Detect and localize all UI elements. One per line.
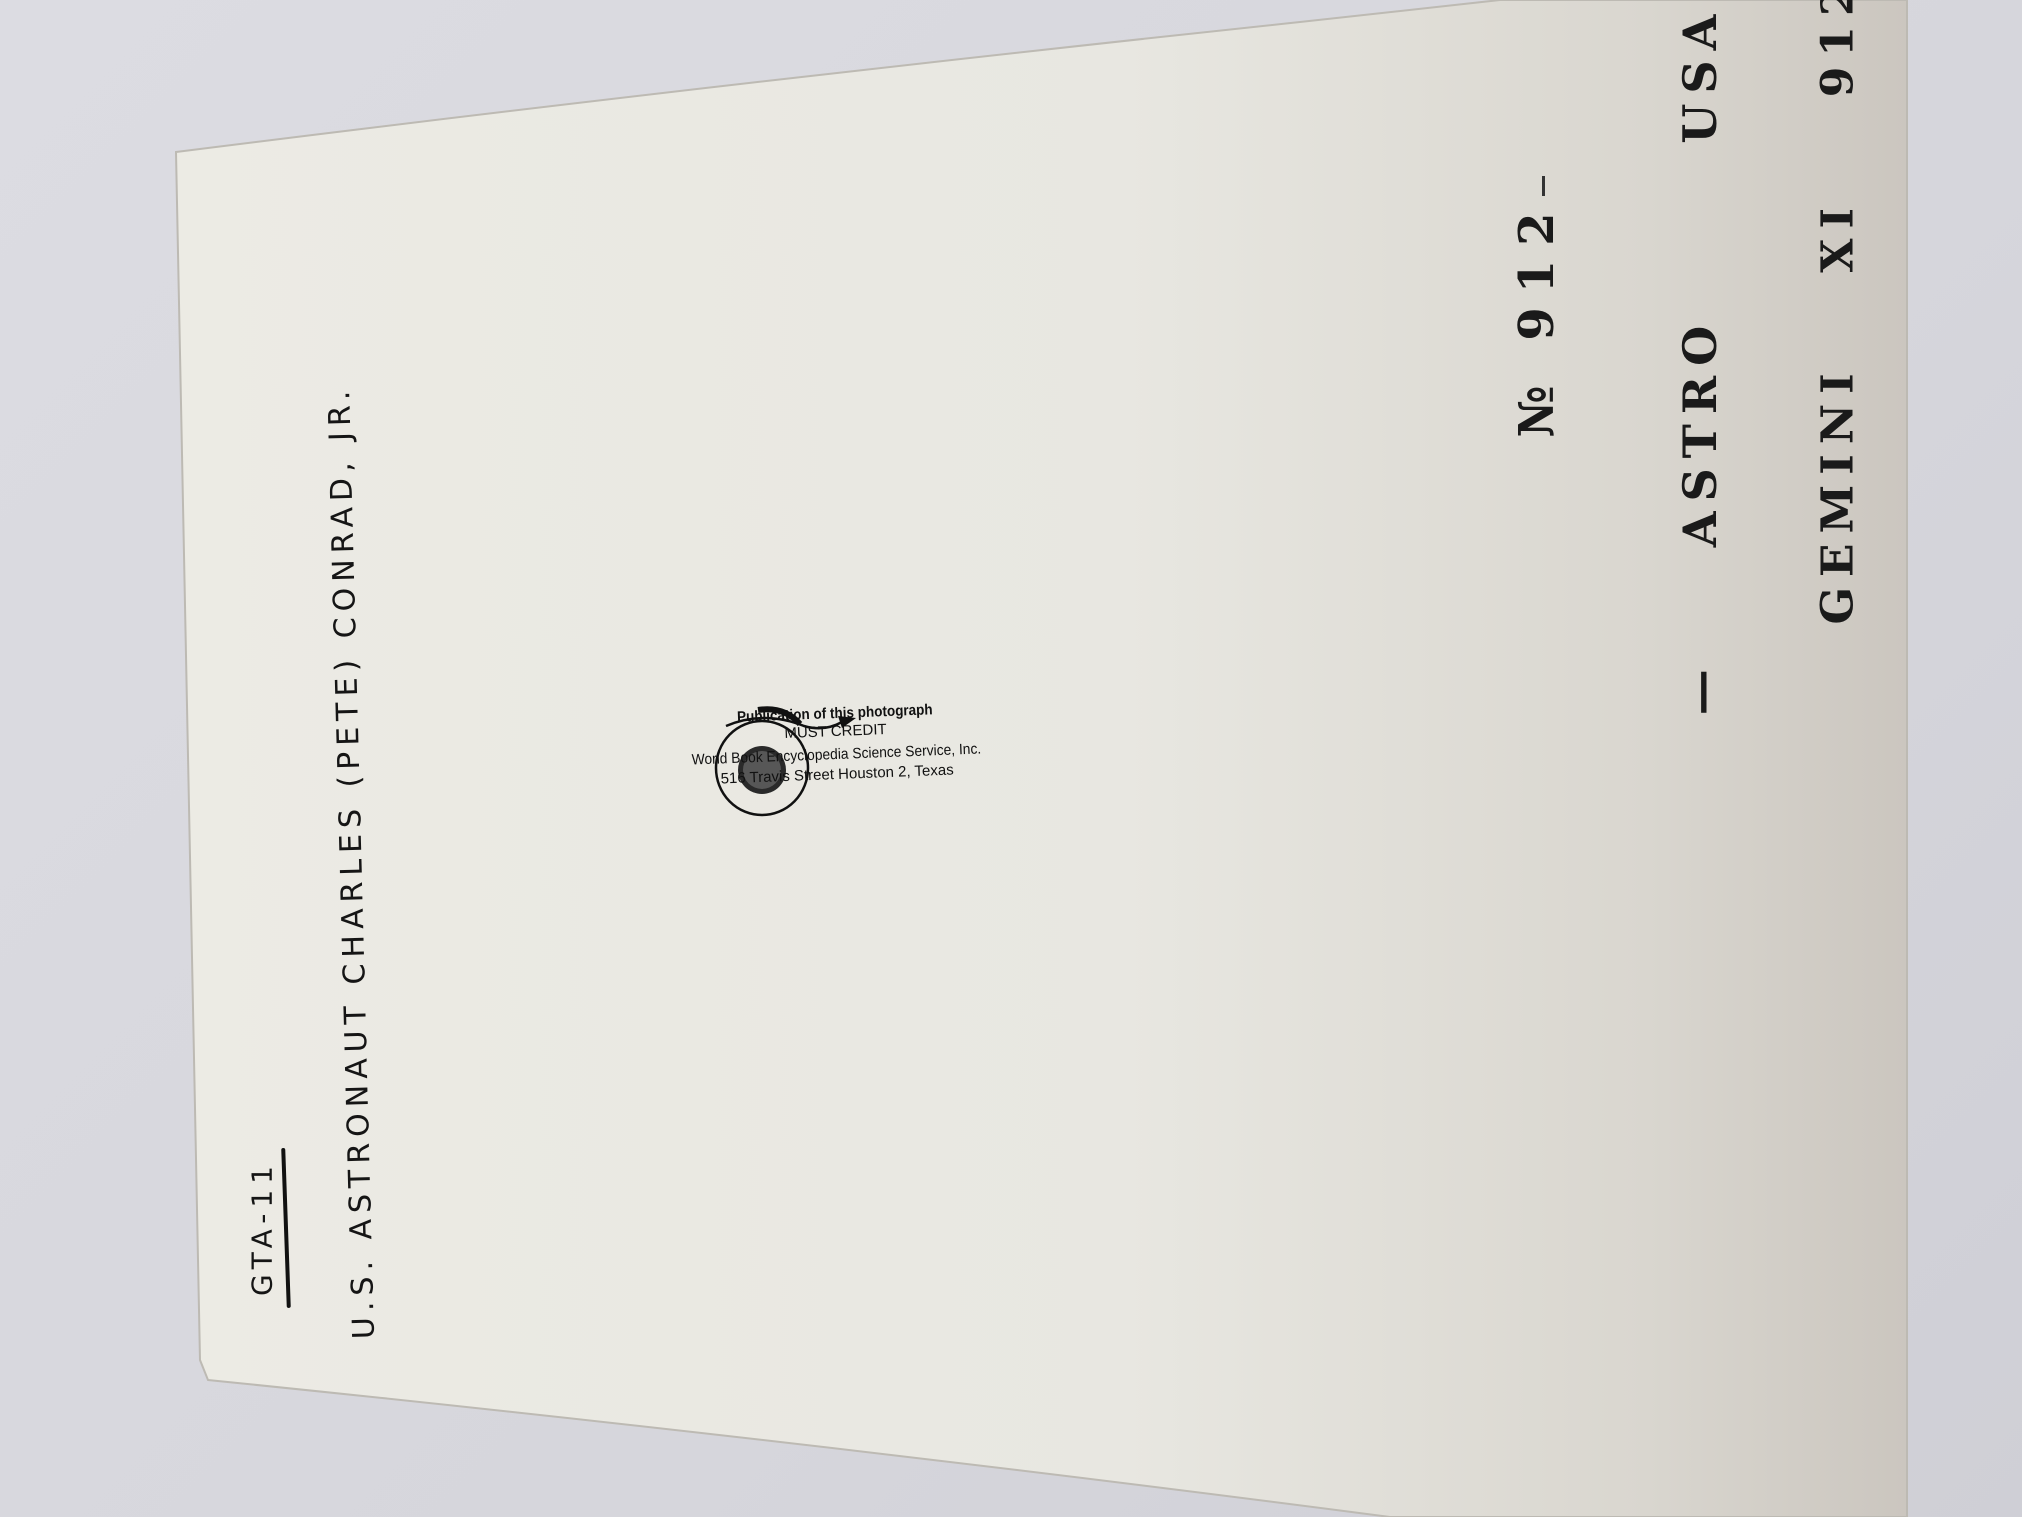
category-dash: — — [1673, 659, 1727, 715]
mission-code: 912 — [1813, 0, 1864, 97]
mission-stamp: GEMINI XI 912 — [1813, 0, 1864, 625]
mission-label: GEMINI — [1813, 363, 1864, 624]
photo-number-stamp: № 912 — [1509, 198, 1565, 437]
stamp-tick-mark — [1542, 176, 1545, 196]
mission-number: XI — [1813, 198, 1864, 273]
catalog-id-handwritten: GTA-11 — [246, 1160, 279, 1296]
credit-stamp: Publication of this photograph MUST CRED… — [677, 699, 995, 789]
category-label: ASTRO — [1673, 316, 1727, 547]
country-label: USA — [1673, 5, 1727, 144]
category-stamp: — ASTRO USA — [1673, 5, 1727, 716]
